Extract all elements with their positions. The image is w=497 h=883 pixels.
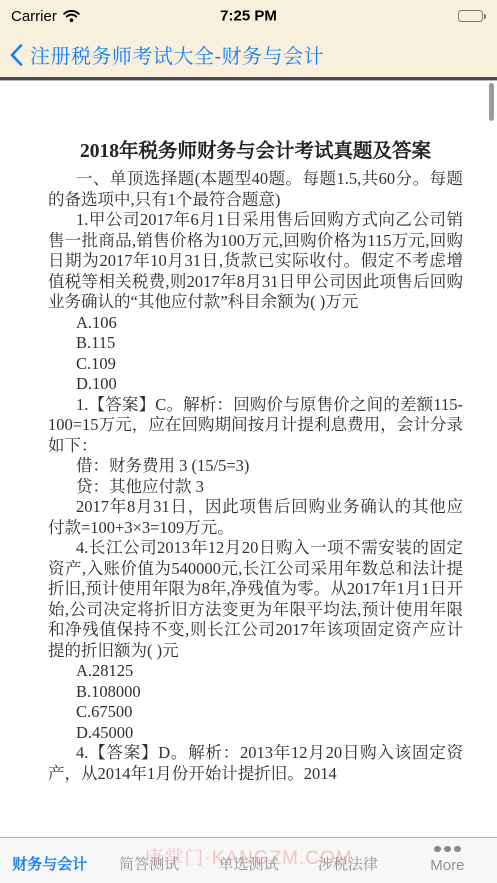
tab-label: 涉税法律 bbox=[318, 853, 378, 874]
question-1-text: 1.甲公司2017年6月1日采用售后回购方式向乙公司销售一批商品,销售价格为10… bbox=[48, 210, 463, 313]
chevron-left-icon bbox=[10, 44, 23, 66]
tab-label: More bbox=[430, 857, 464, 874]
tab-tax-law[interactable]: 涉税法律 bbox=[298, 838, 397, 883]
question-1-option-a: A.106 bbox=[48, 313, 463, 334]
question-1-option-d: D.100 bbox=[48, 374, 463, 395]
tab-label: 单选测试 bbox=[219, 853, 279, 874]
battery-icon bbox=[458, 10, 483, 22]
answer-4-analysis: 4.【答案】D。解析：2013年12月20日购入该固定资产，从2014年1月份开… bbox=[48, 743, 463, 784]
back-button[interactable]: 注册税务师考试大全-财务与会计 bbox=[10, 40, 324, 69]
exam-document: 2018年税务师财务与会计考试真题及答案 一、单顶选择题(本题型40题。每题1.… bbox=[0, 81, 497, 784]
answer-1-calculation: 2017年8月31日，因此项售后回购业务确认的其他应付款=100+3×3=109… bbox=[48, 497, 463, 538]
battery-nub bbox=[484, 14, 487, 19]
tab-more[interactable]: More bbox=[398, 838, 497, 883]
question-4-option-a: A.28125 bbox=[48, 661, 463, 682]
tab-label: 简答测试 bbox=[119, 853, 179, 874]
question-4-option-d: D.45000 bbox=[48, 723, 463, 744]
answer-1-analysis: 1.【答案】C。解析：回购价与原售价之间的差额115-100=15万元，应在回购… bbox=[48, 395, 463, 457]
tab-bar: 康掌门·KANGZM.COM 财务与会计 简答测试 单选测试 涉税法律 More bbox=[0, 837, 497, 883]
question-4-option-b: B.108000 bbox=[48, 682, 463, 703]
tab-single-choice-test[interactable]: 单选测试 bbox=[199, 838, 298, 883]
question-1-option-c: C.109 bbox=[48, 354, 463, 375]
status-bar: Carrier 7:25 PM bbox=[0, 0, 497, 32]
tab-label: 财务与会计 bbox=[12, 853, 87, 874]
document-title: 2018年税务师财务与会计考试真题及答案 bbox=[48, 139, 463, 165]
back-button-title: 注册税务师考试大全-财务与会计 bbox=[30, 40, 324, 69]
clock: 7:25 PM bbox=[220, 8, 277, 25]
navigation-bar: 注册税务师考试大全-财务与会计 bbox=[0, 32, 497, 77]
wifi-icon bbox=[63, 10, 80, 22]
question-1-option-b: B.115 bbox=[48, 333, 463, 354]
top-chrome: Carrier 7:25 PM bbox=[0, 0, 497, 77]
question-4-text: 4.长江公司2013年12月20日购入一项不需安装的固定资产,入账价值为5400… bbox=[48, 538, 463, 661]
carrier-label: Carrier bbox=[11, 8, 57, 25]
question-4-option-c: C.67500 bbox=[48, 702, 463, 723]
tab-short-answer-test[interactable]: 简答测试 bbox=[99, 838, 198, 883]
status-left: Carrier bbox=[11, 8, 80, 25]
section-heading-para: 一、单顶选择题(本题型40题。每题1.5,共60分。每题的备选项中,只有1个最符… bbox=[48, 169, 463, 210]
journal-credit-line: 贷：其他应付款 3 bbox=[48, 477, 463, 498]
scrollbar-thumb[interactable] bbox=[489, 83, 494, 121]
ellipsis-icon bbox=[434, 846, 461, 853]
tab-finance-accounting[interactable]: 财务与会计 bbox=[0, 838, 99, 883]
journal-debit-line: 借：财务费用 3 (15/5=3) bbox=[48, 456, 463, 477]
document-scroll-view[interactable]: 2018年税务师财务与会计考试真题及答案 一、单顶选择题(本题型40题。每题1.… bbox=[0, 81, 497, 837]
app-screen: Carrier 7:25 PM bbox=[0, 0, 497, 883]
